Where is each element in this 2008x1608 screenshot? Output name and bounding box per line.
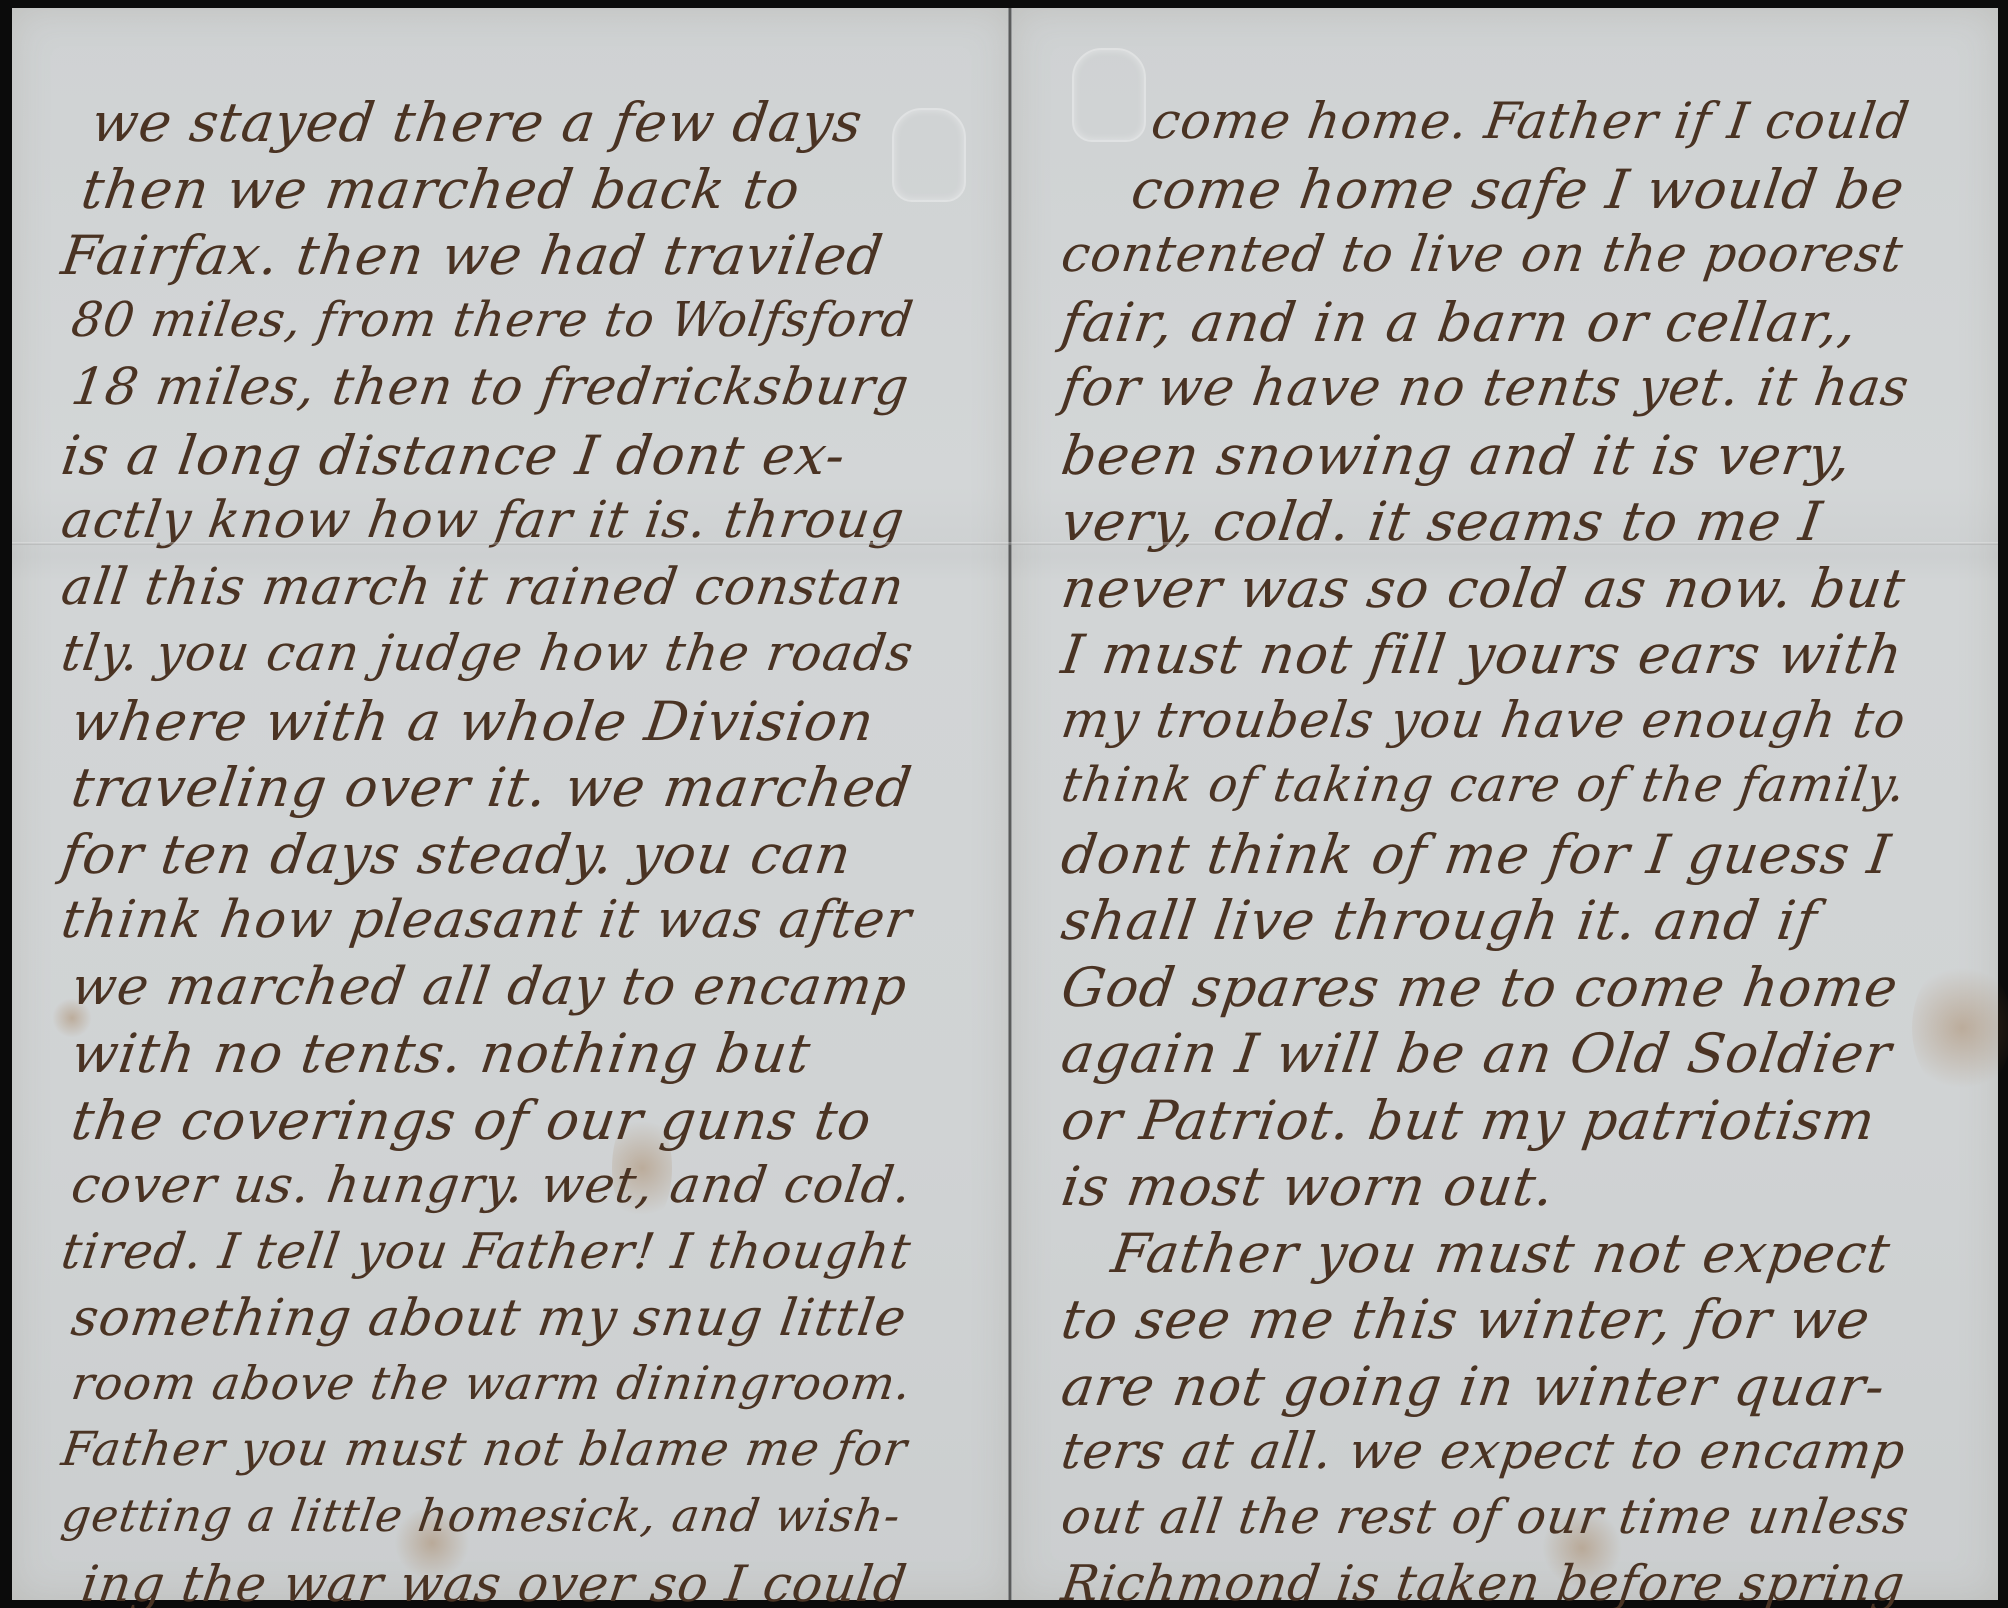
handwritten-line: Richmond is taken before spring	[1059, 1559, 1909, 1608]
handwritten-line: come home. Father if I could	[1148, 96, 1912, 146]
handwritten-line: for we have no tents yet. it has	[1058, 362, 1912, 414]
handwritten-line: ters at all. we expect to encamp	[1058, 1426, 1908, 1476]
handwritten-line: we stayed there a few days	[88, 96, 866, 150]
right-page: come home. Father if I couldcome home sa…	[1012, 8, 1998, 1600]
handwritten-line: think of taking care of the family.	[1059, 761, 1909, 809]
handwritten-line: come home safe I would be	[1128, 163, 1908, 217]
handwritten-line: think how pleasant it was after	[58, 894, 915, 946]
handwritten-line: 18 miles, then to fredricksburg	[68, 362, 912, 413]
handwritten-line: are not going in winter quar-	[1058, 1360, 1888, 1414]
horizontal-fold	[12, 542, 1998, 545]
left-page: we stayed there a few daysthen we marche…	[12, 8, 1010, 1600]
handwritten-line: fair, and in a barn or cellar,,	[1058, 296, 1861, 350]
embossed-seal	[1072, 48, 1146, 142]
handwritten-line: actly know how far it is. throug	[58, 495, 907, 546]
handwritten-line: my troubels you have enough to	[1058, 695, 1909, 745]
handwritten-line: with no tents. nothing but	[68, 1027, 814, 1081]
handwritten-line: is a long distance I dont ex-	[58, 429, 849, 483]
handwritten-line: is most worn out.	[1058, 1160, 1558, 1214]
handwritten-line: to see me this winter, for we	[1058, 1293, 1874, 1347]
handwritten-line: room above the warm diningroom.	[69, 1360, 915, 1406]
handwritten-line: been snowing and it is very,	[1058, 429, 1855, 483]
handwritten-line: or Patriot. but my patriotism	[1058, 1094, 1879, 1148]
ink-stain	[1912, 958, 2008, 1098]
handwritten-line: for ten days steady. you can	[58, 828, 855, 882]
handwritten-line: God spares me to come home	[1058, 961, 1901, 1015]
handwritten-line: dont think of me for I guess I	[1058, 828, 1894, 882]
handwritten-line: Fairfax. then we had traviled	[58, 229, 886, 283]
handwritten-line: getting a little homesick, and wish-	[59, 1493, 904, 1538]
handwritten-line: Father you must not expect	[1108, 1227, 1894, 1281]
handwritten-line: 80 miles, from there to Wolfsford	[69, 296, 917, 344]
handwritten-line: all this march it rained constan	[58, 562, 907, 613]
embossed-seal	[892, 108, 966, 202]
handwritten-line: Father you must not blame me for	[59, 1426, 911, 1473]
center-fold	[1008, 8, 1012, 1600]
handwritten-line: never was so cold as now. but	[1058, 562, 1909, 616]
handwritten-line: ing the war was over so I could	[78, 1559, 910, 1608]
handwritten-line: the coverings of our guns to	[68, 1094, 875, 1148]
handwritten-line: tired. I tell you Father! I thought	[59, 1227, 915, 1276]
handwritten-line: where with a whole Division	[68, 695, 877, 749]
handwritten-line: shall live through it. and if	[1058, 894, 1821, 948]
handwritten-line: out all the rest of our time unless	[1059, 1493, 1913, 1541]
handwritten-line: again I will be an Old Soldier	[1058, 1027, 1895, 1081]
handwritten-line: traveling over it. we marched	[68, 761, 915, 815]
handwritten-line: something about my snug little	[68, 1293, 909, 1344]
handwritten-line: I must not fill yours ears with	[1058, 628, 1906, 682]
handwritten-line: cover us. hungry. wet, and cold.	[68, 1160, 915, 1210]
handwritten-line: we marched all day to encamp	[68, 961, 910, 1013]
handwritten-line: then we marched back to	[78, 163, 803, 217]
handwritten-line: contented to live on the poorest	[1058, 229, 1906, 279]
handwritten-line: very, cold. it seams to me I	[1058, 495, 1826, 549]
handwritten-line: tly. you can judge how the roads	[58, 628, 916, 678]
